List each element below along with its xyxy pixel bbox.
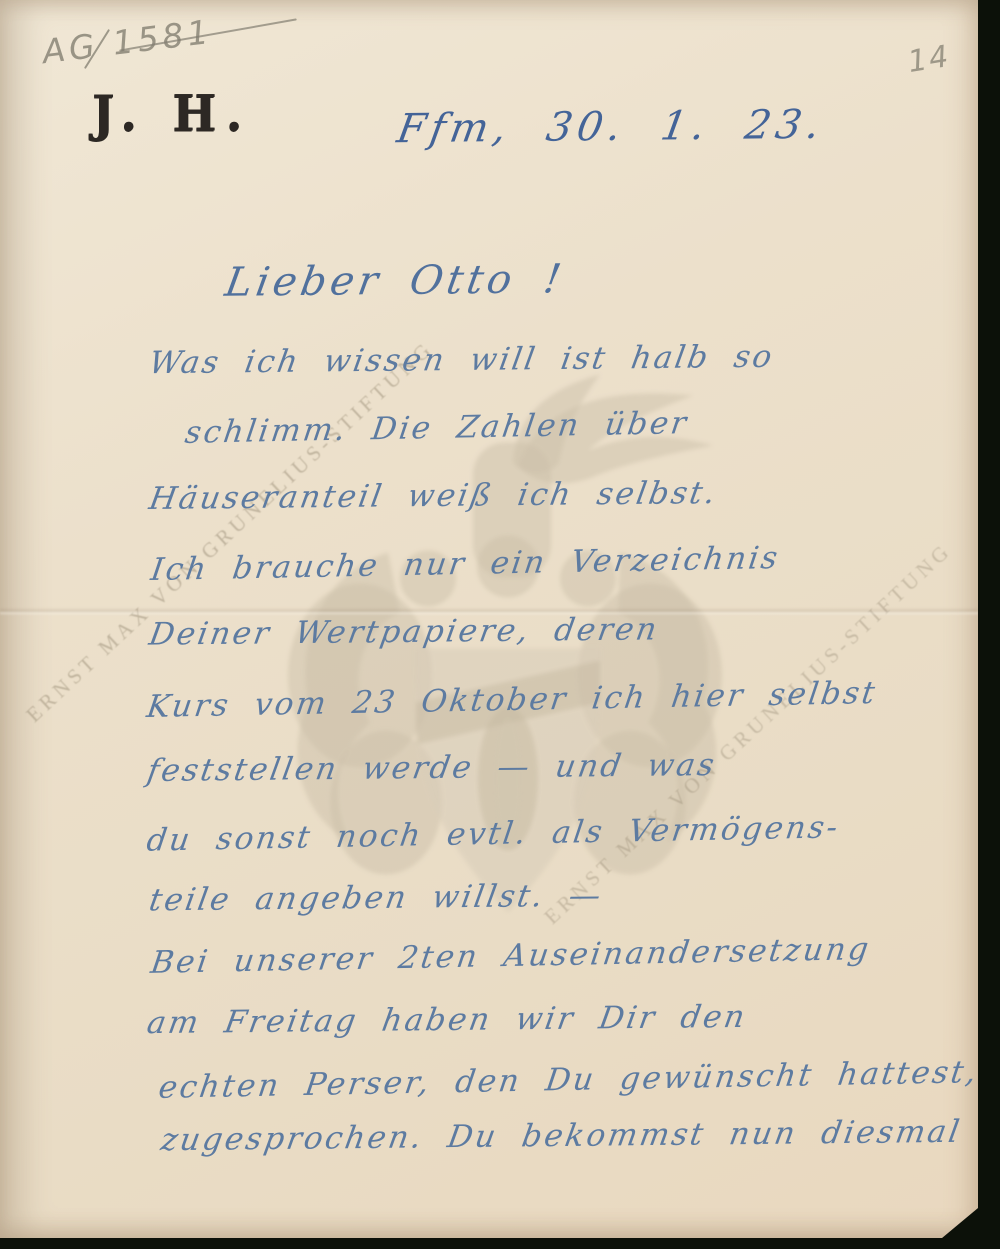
- body-line: Deiner Wertpapiere, deren: [147, 611, 662, 652]
- body-line: am Freitag haben wir Dir den: [144, 999, 749, 1041]
- salutation: Lieber Otto !: [222, 256, 568, 306]
- body-line: Bei unserer 2ten Auseinandersetzung: [148, 931, 873, 981]
- dateline: Ffm, 30. 1. 23.: [394, 102, 828, 152]
- body-line: zugesprochen. Du bekommst nun diesmal: [158, 1114, 964, 1158]
- pencil-page-number: 14: [906, 39, 953, 80]
- body-line: Häuseranteil weiß ich selbst.: [147, 475, 721, 517]
- body-line: echten Perser, den Du gewünscht hattest,: [156, 1054, 980, 1106]
- body-line: Was ich wissen will ist halb so: [146, 339, 776, 382]
- pencil-archive-number: AG 1581: [40, 12, 214, 72]
- letter-paper: ERNST MAX VON GRUNELIUS-STIFTUNG ERNST M…: [0, 0, 978, 1238]
- body-line: teile angeben willst. —: [147, 878, 606, 919]
- body-line: feststellen werde — und was: [145, 747, 720, 789]
- monogram: J. H.: [92, 84, 252, 142]
